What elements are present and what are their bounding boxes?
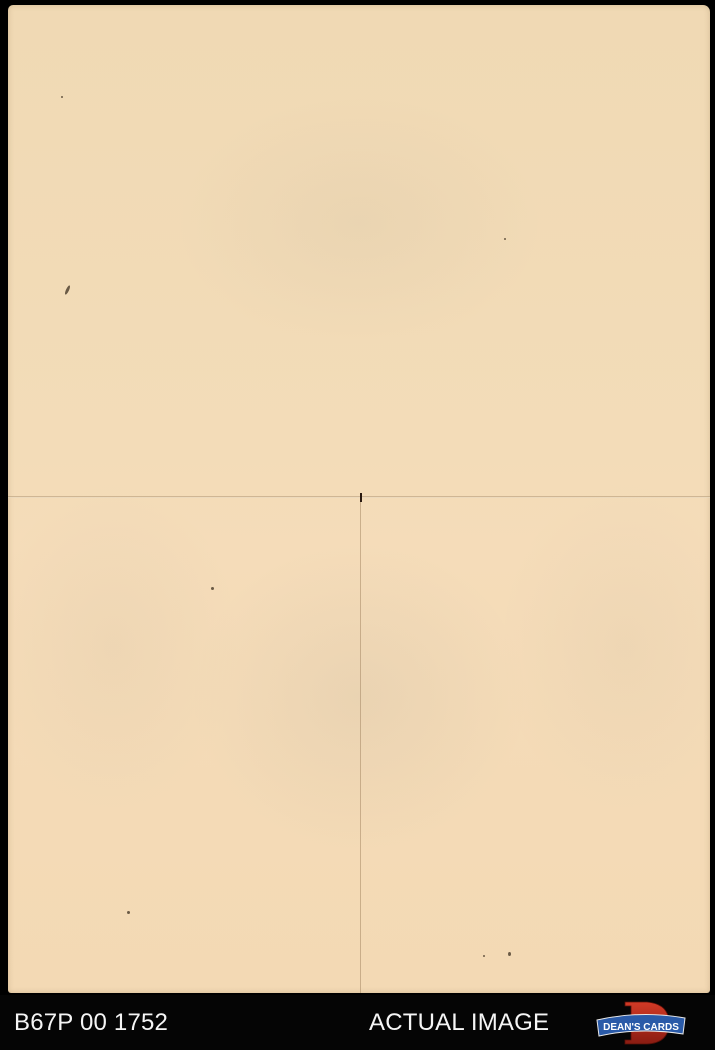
paper-speck [508, 952, 511, 956]
paper-speck [64, 285, 71, 295]
card-back-image [8, 5, 710, 993]
vertical-crease [360, 498, 361, 993]
paper-speck [61, 96, 63, 98]
logo-text: DEAN'S CARDS [603, 1022, 679, 1033]
paper-speck [483, 955, 485, 957]
fold-notch [360, 493, 362, 502]
paper-speck [504, 238, 506, 240]
deans-cards-logo: DEAN'S CARDS [595, 1000, 687, 1046]
horizontal-fold-crease [8, 496, 710, 498]
paper-speck [211, 587, 214, 590]
actual-image-label: ACTUAL IMAGE [369, 1009, 549, 1037]
paper-speck [127, 911, 130, 914]
footer-bar: B67P 00 1752 ACTUAL IMAGE DEAN'S CARDS [0, 995, 715, 1050]
item-sku: B67P 00 1752 [14, 1009, 168, 1037]
